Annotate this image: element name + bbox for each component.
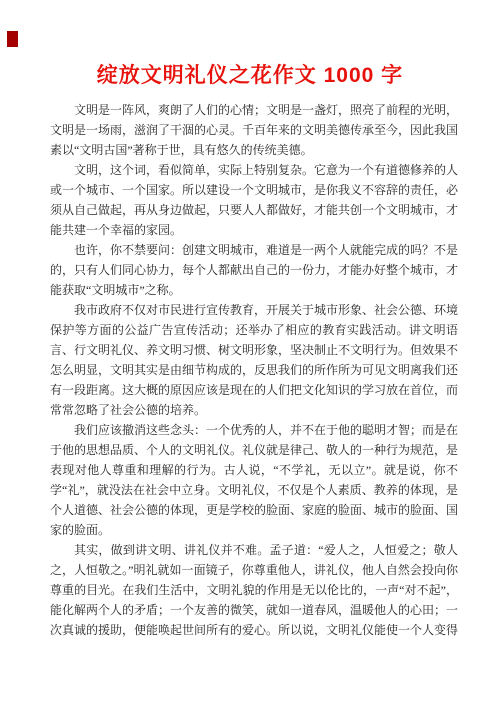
corner-bookmark-icon	[7, 31, 18, 47]
paragraph: 我们应该撤消这些念头：一个优秀的人，并不在于他的聪明才智；而是在于他的思想品质、…	[50, 420, 458, 540]
document-body: 文明是一阵风，爽朗了人们的心情；文明是一盏灯，照亮了前程的光明，文明是一场雨，滋…	[50, 100, 458, 640]
paragraph: 文明，这个词，看似简单，实际上特别复杂。它意为一个有道德修养的人或一个城市、一个…	[50, 160, 458, 240]
document-title: 绽放文明礼仪之花作文 1000 字	[0, 59, 500, 89]
paragraph: 我市政府不仅对市民进行宣传教育，开展关于城市形象、社会公德、环境保护等方面的公益…	[50, 300, 458, 420]
paragraph: 其实，做到讲文明、讲礼仪并不难。孟子道：“爱人之，人恒爱之；敬人之，人恒敬之。”…	[50, 540, 458, 640]
paragraph: 文明是一阵风，爽朗了人们的心情；文明是一盏灯，照亮了前程的光明，文明是一场雨，滋…	[50, 100, 458, 160]
document-page: 绽放文明礼仪之花作文 1000 字 文明是一阵风，爽朗了人们的心情；文明是一盏灯…	[0, 0, 500, 707]
paragraph: 也许，你不禁要问：创建文明城市，难道是一两个人就能完成的吗？不是的，只有人们同心…	[50, 240, 458, 300]
